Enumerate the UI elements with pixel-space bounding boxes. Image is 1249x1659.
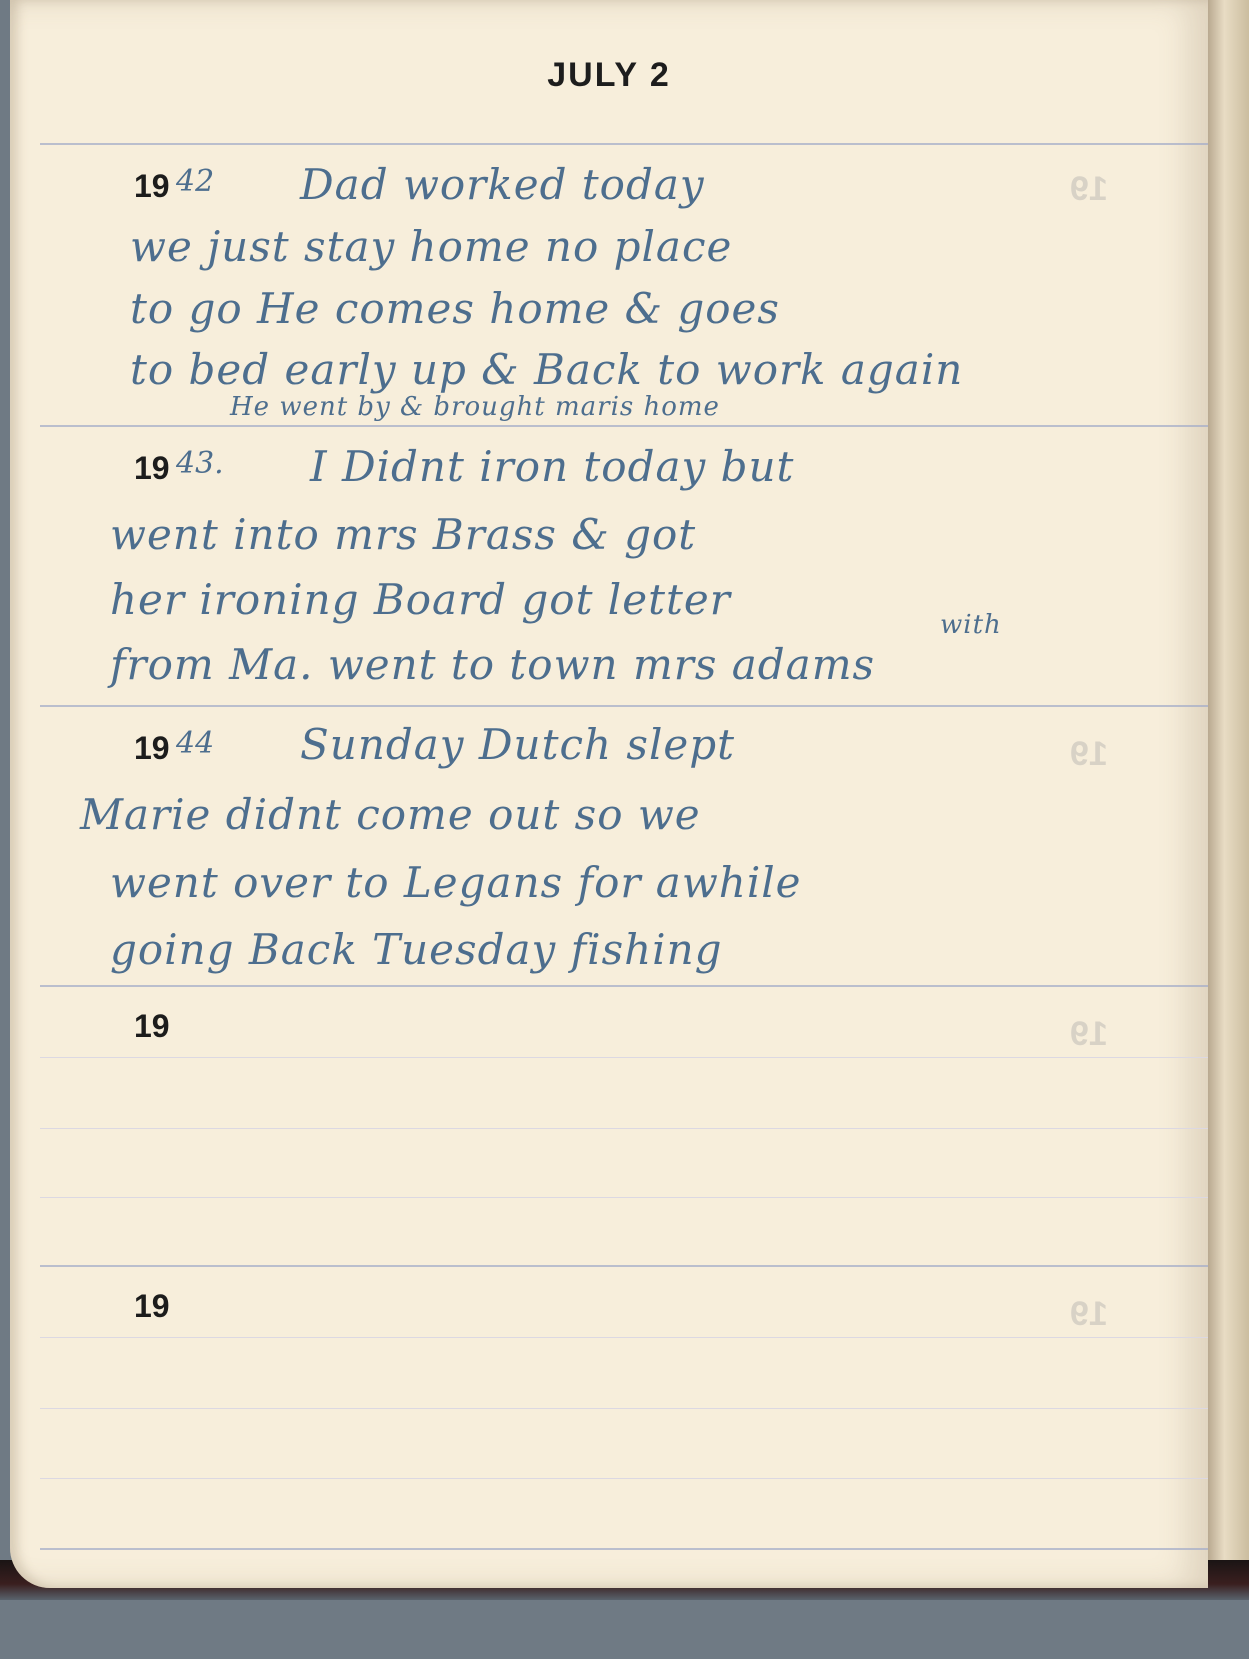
handwritten-line: Sunday Dutch slept — [300, 720, 735, 769]
year-label: 19 — [134, 730, 170, 767]
section-divider — [40, 425, 1208, 427]
handwritten-line: Dad worked today — [300, 160, 705, 209]
writing-line — [40, 1337, 1208, 1338]
year-handwritten: 43. — [176, 446, 224, 481]
writing-line — [40, 1057, 1208, 1058]
facing-page-edge — [1208, 0, 1249, 1590]
handwritten-line: we just stay home no place — [130, 222, 732, 271]
handwritten-line: going Back Tuesday fishing — [110, 925, 723, 974]
handwritten-line: to go He comes home & goes — [130, 284, 780, 333]
writing-line — [40, 1408, 1208, 1409]
year-label: 19 — [134, 1288, 170, 1325]
handwritten-line: her ironing Board got letter — [110, 575, 731, 624]
year-label: 19 — [134, 450, 170, 487]
handwritten-annotation: with — [940, 610, 1002, 640]
handwritten-line: to bed early up & Back to work again — [130, 345, 963, 394]
handwritten-line: went into mrs Brass & got — [110, 510, 696, 559]
section-divider — [40, 705, 1208, 707]
writing-line — [40, 1478, 1208, 1479]
ghost-year: 19 — [1070, 735, 1108, 774]
section-divider — [40, 143, 1208, 145]
handwritten-annotation: He went by & brought maris home — [230, 392, 720, 422]
year-handwritten: 42 — [176, 164, 214, 199]
handwritten-line: Marie didnt come out so we — [80, 790, 701, 839]
section-divider — [40, 1548, 1208, 1550]
year-label: 19 — [134, 1008, 170, 1045]
page-title: JULY 2 — [10, 56, 1208, 95]
ghost-year: 19 — [1070, 170, 1108, 209]
section-divider — [40, 1265, 1208, 1267]
year-handwritten: 44 — [176, 726, 214, 761]
writing-line — [40, 1128, 1208, 1129]
section-divider — [40, 985, 1208, 987]
year-label: 19 — [134, 168, 170, 205]
ghost-year: 19 — [1070, 1015, 1108, 1054]
handwritten-line: went over to Legans for awhile — [110, 858, 802, 907]
ghost-year: 19 — [1070, 1295, 1108, 1334]
writing-line — [40, 1197, 1208, 1198]
handwritten-line: from Ma. went to town mrs adams — [110, 640, 875, 689]
handwritten-line: I Didnt iron today but — [310, 442, 794, 491]
diary-page: JULY 2 19 19 19 19 19 42 Dad worked toda… — [10, 0, 1208, 1588]
